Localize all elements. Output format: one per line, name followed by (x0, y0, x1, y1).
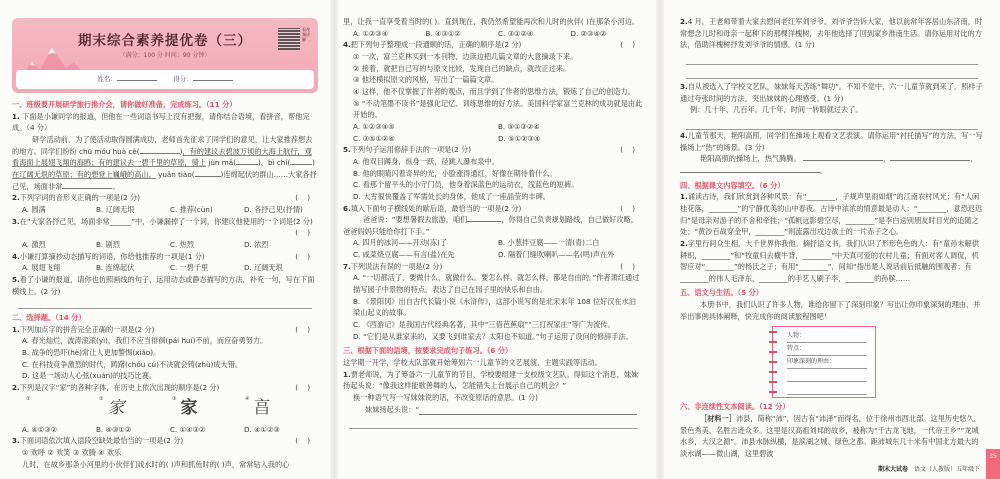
answer-paren[interactable]: ( ) (295, 382, 310, 394)
oracle-glyph: ④亯 (245, 395, 318, 423)
qr-code-icon[interactable] (278, 28, 300, 50)
column-middle: 里，让我一直享受着当时的( )。直到现在，我仍然希望能再次和儿时的伙伴( )在那… (343, 16, 643, 429)
score-field[interactable] (193, 80, 233, 81)
answer-paren[interactable]: ( ) (295, 227, 310, 239)
section-2-heading: 二、选择题。（14 分） (12, 312, 318, 324)
question-3-1: 1.贾老师说，为了筹备六一儿童节的节目，学校要组建一支校级文艺队。得知这个消息，… (343, 369, 643, 392)
section-1-heading: 一、班级要开展研学旅行推介会，请你做好准备，完成练习。（11 分） (12, 99, 318, 111)
options: A. 四月的冰河——开动(冻)了B. 小葱拌豆腐——一清(青)二白 C. 咸菜烧… (343, 237, 643, 260)
answer-line[interactable] (18, 297, 312, 309)
pinyin-answer-1[interactable] (140, 153, 180, 154)
answer-paren[interactable]: ( ) (295, 324, 310, 336)
answer-blank[interactable] (803, 160, 883, 161)
answer-line[interactable] (686, 65, 978, 79)
answer-paren[interactable]: ( ) (295, 192, 310, 204)
report-passage: 研学活动前，为了使活动取得圆满成功，老师首先征求了同学们的意见，让大家推荐想去的… (12, 134, 318, 192)
score-label: 得分： (173, 75, 193, 83)
footer-brand: 期末大试卷 (878, 465, 908, 475)
idiom-blank[interactable] (467, 221, 501, 222)
answer-paren[interactable]: ( ) (620, 261, 635, 273)
question-2-3: 3.下面词语依次填入语段空缺处最恰当的一项是(2 分) ( ) (12, 435, 318, 447)
page-gutter (330, 0, 338, 479)
options: A. 展翅飞翔B. 连绵起伏C. 一碧千里D. 辽阔无垠 (12, 262, 318, 274)
exam-banner: 期末综合素养提优卷（三） （满分：100 分 时间：90 分钟） 看视频讲解 姓… (12, 18, 318, 93)
trait-field[interactable]: 特点： (787, 344, 867, 356)
question-1-2: 2.下列字词的音形义正确的一项是(2 分) ( ) (12, 192, 318, 204)
page-number: 35 (986, 449, 1000, 479)
question-2-7: 7.下列说法有误的一项是(2 分) ( ) (343, 261, 643, 273)
section-6-heading: 六、非连续性文本阅读。（12 分） (680, 401, 984, 413)
answer-line[interactable] (349, 415, 637, 429)
answer-paren[interactable]: ( ) (620, 203, 635, 215)
question-1-3: 3.在“大家各抒己见，场面非常______”中，小谦漏掉了一个词，你建议他使用的… (12, 216, 318, 228)
answer-line[interactable] (787, 383, 867, 395)
answer-line[interactable] (787, 370, 867, 382)
exam-subtitle: （满分：100 分 时间：90 分钟） (12, 51, 318, 61)
question-2-6: 6.填入下面句子横线处的歇后语，最恰当的一项是(2 分) ( ) (343, 203, 643, 215)
pinyin-answer-4[interactable] (195, 176, 221, 177)
reason-field[interactable]: 印象深刻的理由： (787, 357, 867, 369)
pinyin-answer-2[interactable] (236, 164, 258, 165)
answer-paren[interactable]: ( ) (295, 435, 310, 447)
answer-paren[interactable]: ( ) (620, 144, 635, 156)
question-1-4: 4.小谦打算摘抄动态描写的词语，你给他推荐的一项是(1 分) ( ) (12, 251, 318, 263)
name-score-bar: 姓名： 得分： (16, 70, 314, 89)
column-right: 2.4 月，王老师带着大家去慰问老红军刘爷爷。刘爷爷告诉大家，他以前常年客居山东… (680, 16, 984, 460)
person-field[interactable]: 人物： (787, 331, 867, 343)
page-gutter (656, 0, 664, 479)
question-1-5: 5.看了小谦的报道，请你也仿照画线的句子，运用动态或静态描写的方法，补充一句，写… (12, 274, 318, 297)
regular-glyph: ③家 (172, 395, 245, 423)
options: A. ①②③④⑤B. ⑤①③②④ C. ③⑤①②④D. ⑤①②③④ (343, 121, 643, 144)
question-4-2: 2.字里行间众生相，大千世界你我他。摘抒语文书，我们认识了形形色色的人：有“童孙… (680, 238, 984, 285)
question-3-3: 3.自从被选入了学校文艺队，妹妹每天苦练“舞功”。不知不觉中，六一儿童节就到来了… (680, 81, 984, 104)
question-3-4: 4.儿童节那天，艳阳高照，同学们在操场上观看文艺表演。请你运用“衬托描写”的方法… (680, 130, 984, 153)
answer-paren[interactable]: ( ) (295, 251, 310, 263)
question-4-1: 1.诵读古诗，我们欣赏到各种风景：有“________，子规声里雨如烟”的江南农… (680, 191, 984, 238)
reading-journey-card: 人物： 特点： 印象深刻的理由： (772, 326, 876, 398)
options: A. 激烈B. 剧烈C. 热烈D. 浓烈 (12, 239, 318, 251)
seal-script-glyph: ①𡨦 (26, 395, 99, 423)
name-field[interactable] (117, 80, 157, 81)
blank-answer[interactable] (62, 188, 112, 189)
question-2-1: 1.下列加点字的拼音完全正确的一项是(2 分) ( ) (12, 324, 318, 336)
column-left: 期末综合素养提优卷（三） （满分：100 分 时间：90 分钟） 看视频讲解 姓… (12, 0, 318, 470)
pinyin-answer-3[interactable] (290, 164, 312, 165)
options: A. 圆满B. 辽阔无垠C. 推荐(cùn)D. 各抒己见(抒情) (12, 204, 318, 216)
qr-label: 看视频讲解 (302, 28, 312, 42)
options: A. ④①③②B. ④③①②C. ①④③②D. ④①②③ (12, 424, 318, 436)
answer-line[interactable] (686, 116, 978, 130)
question-3-2: 2.4 月，王老师带着大家去慰问老红军刘爷爷。刘爷爷告诉大家，他以前常年客居山东… (680, 16, 984, 51)
answer-line[interactable] (686, 51, 978, 65)
name-label: 姓名： (97, 75, 117, 83)
exam-title: 期末综合素养提优卷（三） (12, 31, 318, 53)
footer-subject: 语文（人教版）五年级下 (914, 465, 980, 475)
question-1-1: 1. 下面是小谦同学的报道，但他在一些词语书写上没有把握，请你结合语境，看拼音，… (12, 111, 318, 134)
spiral-binding-icon (769, 331, 777, 395)
rewrite-answer-line[interactable] (419, 404, 637, 416)
answer-paren[interactable]: ( ) (620, 39, 635, 51)
options: A. ①②③④B. ④③①②C. ③①②④D. ②③④② (343, 28, 643, 40)
question-2-2: 2.下列是汉字“家”的各种字体，在历史上依次出现的顺序是(2 分) ( ) (12, 382, 318, 394)
character-forms: ①𡨦 ②家 ③家 ④亯 (12, 394, 318, 424)
section-4-heading: 四、根据课文内容填空。（6 分） (680, 180, 984, 192)
section-3-heading: 三、根据下面的语境，按要求完成句子练习。（6 分） (343, 345, 643, 357)
question-2-5: 5.下列句子运用修辞手法的一项是(2 分) ( ) (343, 144, 643, 156)
cursive-glyph: ②家 (99, 395, 172, 423)
answer-blank[interactable] (680, 172, 820, 173)
question-2-4: 4.把下列句子整理成一段通顺的话，正确的顺序是(2 分) ( ) (343, 39, 643, 51)
page-footer: 期末大试卷 语文（人教版）五年级下 35 (878, 449, 1000, 479)
answer-blank[interactable] (890, 160, 970, 161)
section-5-heading: 五、语文与生活。（5 分） (680, 287, 984, 299)
